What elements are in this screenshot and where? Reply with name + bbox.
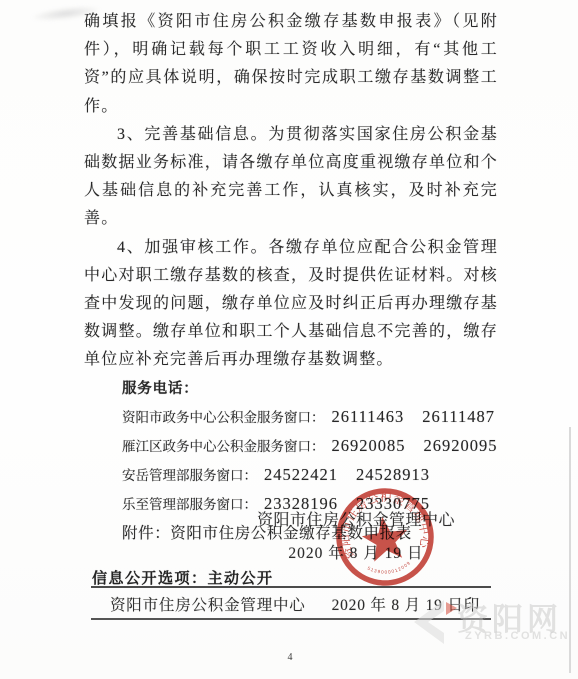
watermark-eagle-icon [412,600,458,644]
phone-line-ziyang: 资阳市政务中心公积金服务窗口：2611146326111487 [122,403,498,432]
phone-label: 资阳市政务中心公积金服务窗口： [122,410,325,425]
phone-number: 26920095 [424,436,498,455]
footer-org: 资阳市住房公积金管理中心 [110,593,306,615]
paragraph-continuation: 确填报《资阳市住房公积金缴存基数申报表》（见附件），明确记载每个职工工资收入明细… [84,8,498,121]
phone-label: 乐至管理部服务窗口： [122,497,257,512]
phone-line-anyue: 安岳管理部服务窗口：2452242124528913 [122,461,498,490]
footer-divider-top [91,586,491,588]
phone-label: 安岳管理部服务窗口： [122,468,257,483]
phone-line-yanjiang: 雁江区政务中心公积金服务窗口：2692008526920095 [122,432,498,461]
scan-edge-line [569,427,571,673]
paragraph-item-4: 4、加强审核工作。各缴存单位应配合公积金管理中心对职工缴存基数的核查，及时提供佐… [84,234,498,375]
site-watermark: 资阳网 ZYRB.COM.CN [408,594,578,654]
document-body: 确填报《资阳市住房公积金缴存基数申报表》（见附件），明确记载每个职工工资收入明细… [84,8,498,548]
seal-serial-number: 5139000012009 [366,560,413,578]
page-number: 4 [284,652,296,663]
official-seal-stamp: 资阳市住房公积金管理中心 5139000012009 [325,477,445,597]
phone-number: 26920085 [332,436,406,455]
service-phone-heading: 服务电话： [122,375,498,403]
phone-number: 26111487 [422,407,495,426]
svg-text:5139000012009: 5139000012009 [366,560,413,578]
phone-number: 26111463 [332,407,405,426]
watermark-site-domain: ZYRB.COM.CN [465,630,570,642]
scanned-document-page: 确填报《资阳市住房公积金缴存基数申报表》（见附件），明确记载每个职工工资收入明细… [0,0,578,679]
disclosure-option-line: 信息公开选项：主动公开 [92,567,274,588]
phone-number: 24522421 [264,465,338,484]
seal-star-icon [360,514,411,563]
phone-label: 雁江区政务中心公积金服务窗口： [122,439,325,454]
paragraph-item-3: 3、完善基础信息。为贯彻落实国家住房公积金基础数据业务标准，请各缴存单位高度重视… [84,121,498,234]
